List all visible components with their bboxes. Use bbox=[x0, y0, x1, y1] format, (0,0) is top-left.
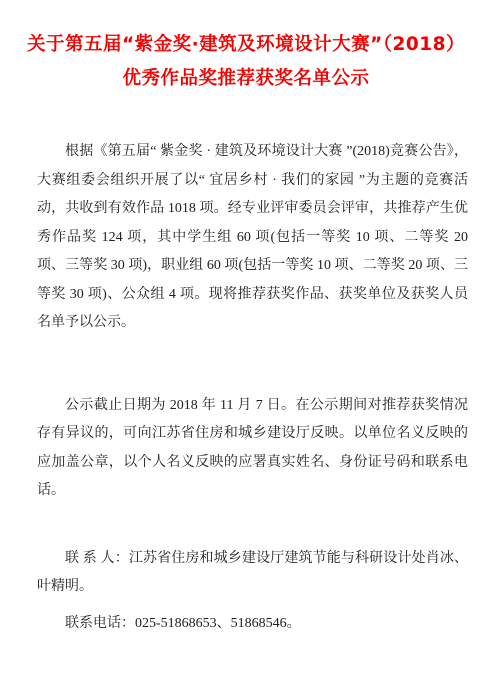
paragraph-deadline: 公示截止日期为 2018 年 11 月 7 日。在公示期间对推荐获奖情况存有异议… bbox=[37, 392, 468, 506]
paragraph-intro: 根据《第五届“ 紫金奖 · 建筑及环境设计大赛 ”(2018)竞赛公告》，大赛组… bbox=[37, 138, 468, 338]
paragraph-contact-phone: 联系电话：025-51868653、51868546。 bbox=[37, 610, 468, 639]
document-title-line-1: 关于第五届“紫金奖·建筑及环境设计大赛”（2018） bbox=[0, 28, 492, 62]
document-title: 关于第五届“紫金奖·建筑及环境设计大赛”（2018） 优秀作品奖推荐获奖名单公示 bbox=[0, 0, 492, 96]
paragraph-contact-person: 联 系 人：江苏省住房和城乡建设厅建筑节能与科研设计处肖冰、叶精明。 bbox=[37, 545, 468, 602]
notice-document: 关于第五届“紫金奖·建筑及环境设计大赛”（2018） 优秀作品奖推荐获奖名单公示… bbox=[0, 0, 492, 690]
document-title-line-2: 优秀作品奖推荐获奖名单公示 bbox=[0, 62, 492, 96]
